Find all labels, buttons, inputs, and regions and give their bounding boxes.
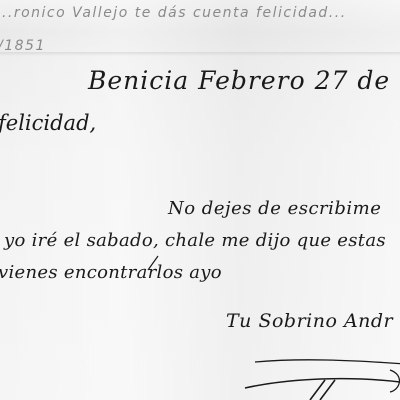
signature-rubric-flourish bbox=[240, 350, 400, 400]
place-date-line: Benicia Febrero 27 de 18 bbox=[88, 66, 400, 95]
pencil-header-annotation: ...ronico Vallejo te dás cuenta felicida… bbox=[0, 5, 347, 21]
body-line-1: No dejes de escribime bbox=[168, 198, 381, 219]
body-line-2: yo iré el sabado, chale me dijo que esta… bbox=[4, 230, 386, 251]
body-line-3: vienes encontrarlos ayo bbox=[0, 262, 222, 283]
ink-flourish-mark bbox=[146, 255, 160, 271]
pencil-year-annotation: /1851 bbox=[0, 38, 46, 54]
greeting-line: felicidad, bbox=[0, 111, 96, 135]
paper-fold-line bbox=[0, 52, 400, 56]
signature-line: Tu Sobrino Andr bbox=[226, 310, 393, 332]
